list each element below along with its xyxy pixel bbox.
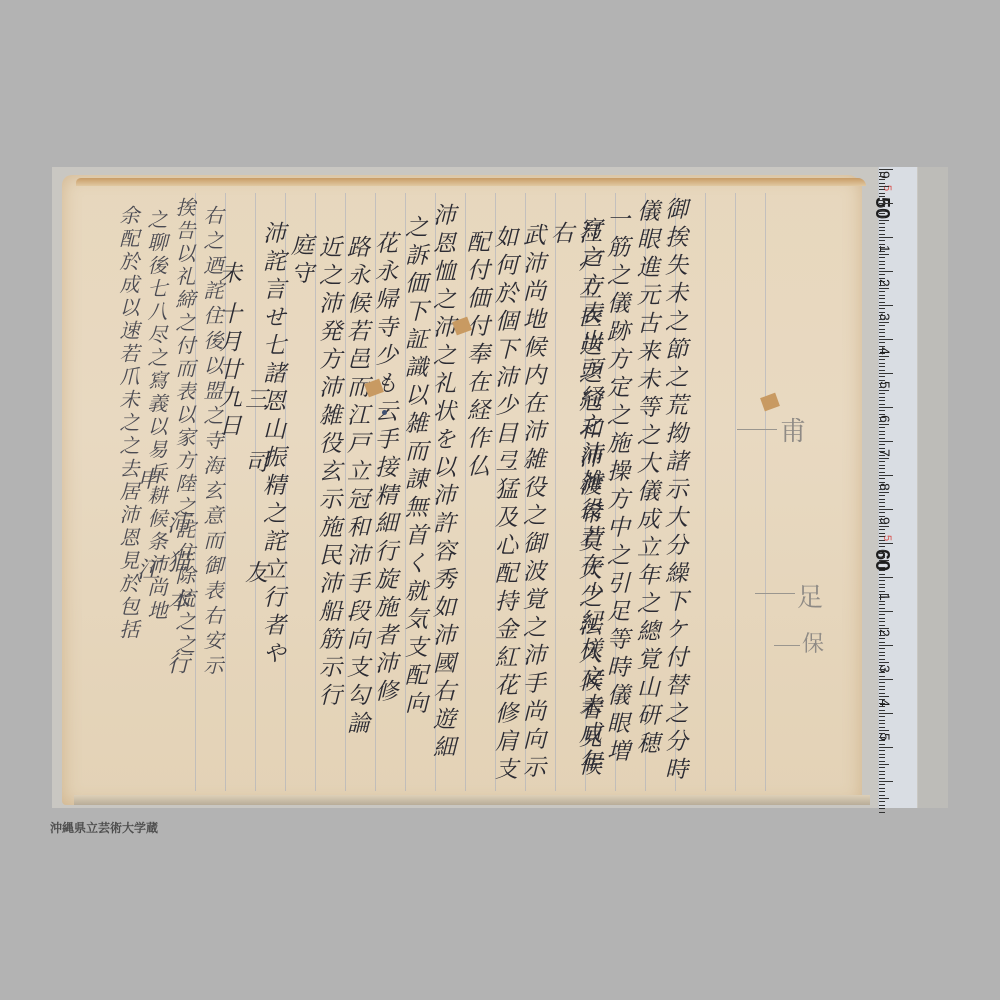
ruler-tick — [879, 563, 885, 564]
ruler-tick — [879, 570, 885, 571]
ruler-tick — [879, 319, 885, 320]
ruler-tick — [879, 356, 889, 357]
ruler-tick — [879, 390, 889, 391]
ruler-tick — [879, 431, 885, 432]
ruler-tick — [879, 373, 893, 374]
pencil-annotation: 足 — [797, 577, 823, 614]
ruler-tick — [879, 679, 893, 680]
ruler-tick — [879, 560, 889, 561]
ruler-tick — [879, 744, 885, 745]
text-column: 之聊後七八尽之寫義以易兵耕候条沛尚地 — [142, 209, 170, 623]
ruler-tick — [879, 499, 885, 500]
text-column: 配付価付奉在経作仏 — [462, 230, 490, 482]
ruler-tick — [879, 244, 885, 245]
ruler-tick — [879, 546, 885, 547]
ruler-tick — [879, 642, 885, 643]
text-column: 江戸立医送之冠和沛渡希莫大之法入候着見候右 — [546, 221, 602, 805]
text-column: 一筋之儀跡方定之施操方中之引足等時儀眼増 — [602, 207, 630, 767]
ruler-tick — [879, 179, 885, 180]
ruler-tick — [879, 349, 885, 350]
ruler-tick — [879, 366, 885, 367]
ruler-label: 2 — [877, 279, 893, 287]
ruler-tick — [879, 342, 885, 343]
ruler-tick — [879, 291, 885, 292]
pencil-mark — [774, 645, 800, 646]
ruler-label: 3 — [877, 313, 893, 321]
ruler-tick — [879, 693, 885, 694]
ruler-tick — [879, 336, 885, 337]
ruler-tick — [879, 339, 893, 340]
ruler-tick — [879, 550, 885, 551]
text-column: 如何於個下沛少目弖猛及心配持金紅花修肩支 — [490, 225, 518, 785]
ruler-tick — [879, 730, 889, 731]
ruler-tick — [879, 240, 885, 241]
ruler-tick — [879, 217, 885, 218]
ruler-tick — [879, 577, 893, 578]
ruler-tick — [879, 308, 885, 309]
ruler-tick — [879, 387, 885, 388]
ruler-tick — [879, 682, 885, 683]
ruler-tick — [879, 305, 893, 306]
ruler-tick — [879, 591, 885, 592]
ruler-tick — [879, 706, 885, 707]
ruler-tick — [879, 278, 885, 279]
ruled-line — [705, 193, 706, 791]
ruler-tick — [879, 172, 885, 173]
ruler-tick — [879, 268, 885, 269]
ruler-tick — [879, 526, 889, 527]
ruler-tick — [879, 472, 885, 473]
ruler-tick — [879, 376, 885, 377]
ruler-tick — [879, 227, 885, 228]
ruler-tick — [879, 723, 885, 724]
ruler-tick — [879, 774, 885, 775]
ruler-tick — [879, 251, 885, 252]
ruler-tick — [879, 489, 885, 490]
ruler-tick — [879, 788, 885, 789]
ruler-tick — [879, 529, 885, 530]
ruler-label: 4 — [877, 347, 893, 355]
ruler-tick — [879, 247, 885, 248]
ruler-tick — [879, 635, 885, 636]
ruler-tick — [879, 397, 885, 398]
ruler-tick — [879, 315, 885, 316]
ruler-tick — [879, 727, 885, 728]
ruler-tick — [879, 203, 893, 204]
ruler-tick — [879, 359, 885, 360]
text-column: 右之迺詫住後以盟之寺海玄意而御表右安示 — [198, 205, 226, 680]
ruler-tick — [879, 417, 885, 418]
ruler-tick — [879, 574, 885, 575]
ruler-tick — [879, 285, 885, 286]
ruler-tick — [879, 441, 893, 442]
text-column: 沛恩恤之沛之礼状を以沛許容秀如沛國右遊細 — [428, 203, 456, 763]
tape-mark — [760, 393, 780, 412]
ruler-tick — [879, 795, 885, 796]
ruler-tick — [879, 737, 885, 738]
ruler-tick — [879, 465, 885, 466]
text-column: 余配於成以速若爪未之之去居沛恩見於包括 — [114, 205, 142, 642]
ruler-tick — [879, 584, 885, 585]
ruler-tick — [879, 495, 885, 496]
ruler-tick — [879, 696, 889, 697]
ruler-tick — [879, 380, 885, 381]
ruler-tick — [879, 407, 893, 408]
ruler-label: 5 — [877, 381, 893, 389]
ruler-tick — [879, 424, 889, 425]
ruler-tick — [879, 183, 885, 184]
ruler-tick — [879, 720, 885, 721]
ruler-label: 1 — [877, 245, 893, 253]
ruler-tick — [879, 533, 885, 534]
ruler-tick — [879, 621, 885, 622]
ruler-tick — [879, 676, 885, 677]
ruler-tick — [879, 625, 885, 626]
ruler-tick — [879, 478, 885, 479]
ruler-tick — [879, 812, 885, 813]
ruler-tick — [879, 604, 885, 605]
ruler-tick — [879, 383, 885, 384]
pencil-mark — [755, 593, 795, 594]
ruler-tick — [879, 665, 885, 666]
ruler-tick — [879, 448, 885, 449]
ruler-tick — [879, 312, 885, 313]
text-column: 挨告以礼締之付而表以家方陸之詫住除流之之 — [170, 197, 198, 657]
ruler-tick — [879, 791, 885, 792]
ruler-tick — [879, 410, 885, 411]
pencil-annotation: 保 — [802, 627, 824, 658]
ruler-tick — [879, 427, 885, 428]
ruler-tick — [879, 322, 889, 323]
ruler-tick — [879, 346, 885, 347]
ruler-tick — [879, 176, 885, 177]
ruler-tick — [879, 295, 885, 296]
ruler-tick — [879, 213, 885, 214]
ruler-tick — [879, 580, 885, 581]
ruler-tick — [879, 645, 893, 646]
text-column: 庭守 — [286, 233, 314, 289]
ruled-line — [765, 193, 766, 791]
ruler-tick — [879, 805, 885, 806]
ruler-tick — [879, 648, 885, 649]
ruler-tick — [879, 713, 893, 714]
ruler-tick — [879, 594, 889, 595]
ruler-tick — [879, 540, 885, 541]
ruler-tick — [879, 451, 885, 452]
ruler-tick — [879, 553, 885, 554]
ruler-tick — [879, 771, 885, 772]
ruler-tick — [879, 200, 885, 201]
ruler-tick — [879, 404, 885, 405]
page-stack-edge-bottom — [74, 795, 870, 805]
ruler-label: 6 — [877, 415, 893, 423]
ruler-tick — [879, 767, 885, 768]
ruler-tick — [879, 196, 885, 197]
ruler-tick — [879, 434, 885, 435]
ruler-tick — [879, 332, 885, 333]
ruler-tick — [879, 363, 885, 364]
ruler-tick — [879, 169, 893, 170]
ruler-tick — [879, 764, 889, 765]
ink-dot — [382, 410, 387, 415]
ruler-tick — [879, 699, 885, 700]
ruler-tick — [879, 703, 885, 704]
measuring-scale: 9 5 50 1 2 3 4 5 6 7 8 9 5 60 1 2 3 4 5 — [878, 167, 917, 808]
text-column: 路永候若邑而江戸立冠和沛手段向支勾論 — [342, 235, 370, 739]
ruler-tick — [879, 740, 885, 741]
ruler-tick — [879, 652, 885, 653]
ruler-tick — [879, 587, 885, 588]
ruler-tick — [879, 482, 885, 483]
ruler-tick — [879, 519, 885, 520]
pencil-annotation: 甫 — [780, 411, 806, 448]
ruler-tick — [879, 754, 885, 755]
ruler-tick — [879, 567, 885, 568]
ruler-tick — [879, 393, 885, 394]
ruler-tick — [879, 264, 885, 265]
photo-backdrop — [918, 167, 948, 808]
text-column: 御挨失未之節之荒拗諸示大分繰下ケ付替之分時 — [660, 197, 688, 785]
ruler-tick — [879, 659, 885, 660]
ruler-tick — [879, 808, 885, 809]
ruler-tick — [879, 655, 885, 656]
ruler-label: 8 — [877, 483, 893, 491]
text-column: 武沛尚地候内在沛雑役之御波覚之沛手尚向示 — [518, 223, 546, 783]
ruler-tick — [879, 557, 885, 558]
ruler-tick — [879, 468, 885, 469]
ruler-tick — [879, 485, 885, 486]
ruler-tick — [879, 237, 893, 238]
ruler-tick — [879, 325, 885, 326]
ruler-tick — [879, 747, 893, 748]
ruler-tick — [879, 186, 889, 187]
ruler-tick — [879, 271, 893, 272]
ruler-tick — [879, 421, 885, 422]
ruler-tick — [879, 458, 889, 459]
ruler-tick — [879, 750, 885, 751]
ruler-tick — [879, 597, 885, 598]
ruler-tick — [879, 475, 893, 476]
ruler-tick — [879, 733, 885, 734]
ruler-tick — [879, 662, 889, 663]
collection-credit: 沖縄県立芸術大学蔵 — [50, 819, 158, 836]
ruler-tick — [879, 193, 885, 194]
ruler-tick — [879, 370, 885, 371]
ruler-tick — [879, 778, 885, 779]
ruler-tick — [879, 543, 893, 544]
ruler-tick — [879, 716, 885, 717]
ruler-label: 9 — [877, 517, 893, 525]
ruler-tick — [879, 710, 885, 711]
ruler-tick — [879, 455, 885, 456]
ruler-tick — [879, 608, 885, 609]
ruler-tick — [879, 302, 885, 303]
ruler-tick — [879, 523, 885, 524]
ruler-tick — [879, 502, 885, 503]
ruler-tick — [879, 614, 885, 615]
ruler-tick — [879, 611, 893, 612]
pencil-mark — [737, 429, 777, 430]
ruler-tick — [879, 414, 885, 415]
ruler-tick — [879, 757, 885, 758]
ruler-tick — [879, 628, 889, 629]
ruler-tick — [879, 206, 885, 207]
ruler-tick — [879, 257, 885, 258]
ruler-tick — [879, 210, 885, 211]
ruler-tick — [879, 672, 885, 673]
page-stack-edge-top — [76, 178, 866, 186]
ruler-tick — [879, 512, 885, 513]
ruler-tick — [879, 281, 885, 282]
text-column: 儀眼進元古来未等之大儀成立年之總覚山研穂 — [632, 199, 660, 759]
ruler-tick — [879, 298, 885, 299]
ruler-tick — [879, 274, 885, 275]
ruler-tick — [879, 618, 885, 619]
ruler-tick — [879, 353, 885, 354]
ruler-tick — [879, 288, 889, 289]
ruler-tick — [879, 223, 885, 224]
text-column: 之訴価下証識以雑而諌無首く就気支配向 — [400, 215, 428, 719]
manuscript-page: 御挨失未之節之荒拗諸示大分繰下ケ付替之分時 儀眼進元古来未等之大儀成立年之總覚山… — [62, 175, 862, 805]
ruler-tick — [879, 761, 885, 762]
ruler-tick — [879, 329, 885, 330]
ruler-label: 7 — [877, 449, 893, 457]
ruler-tick — [879, 801, 885, 802]
ruler-tick — [879, 438, 885, 439]
ruled-line — [735, 193, 736, 791]
ruler-tick — [879, 254, 889, 255]
ruler-tick — [879, 784, 885, 785]
ruler-tick — [879, 669, 885, 670]
ruler-tick — [879, 492, 889, 493]
text-column: 近之沛発方沛雑役玄示施民沛船筋示行 — [314, 235, 342, 711]
ruler-tick — [879, 781, 893, 782]
ruler-tick — [879, 509, 893, 510]
ruler-tick — [879, 516, 885, 517]
ruler-tick — [879, 686, 885, 687]
ruler-tick — [879, 601, 885, 602]
ruler-tick — [879, 400, 885, 401]
ruler-tick — [879, 220, 889, 221]
ruler-tick — [879, 631, 885, 632]
ruler-tick — [879, 689, 885, 690]
ruler-tick — [879, 461, 885, 462]
ruler-tick — [879, 638, 885, 639]
ruler-tick — [879, 189, 885, 190]
ruler-tick — [879, 536, 885, 537]
text-column: 花永帰寺少も云手接精細行旋施者沛修 — [370, 231, 398, 707]
signature-column: 三司 友 — [240, 387, 268, 623]
ruler-tick — [879, 230, 885, 231]
ruler-tick — [879, 444, 885, 445]
manuscript-photo: 御挨失未之節之荒拗諸示大分繰下ケ付替之分時 儀眼進元古来未等之大儀成立年之總覚山… — [52, 167, 948, 808]
ruler-tick — [879, 798, 889, 799]
ruler-tick — [879, 261, 885, 262]
ruler-tick — [879, 234, 885, 235]
ruler-tick — [879, 506, 885, 507]
